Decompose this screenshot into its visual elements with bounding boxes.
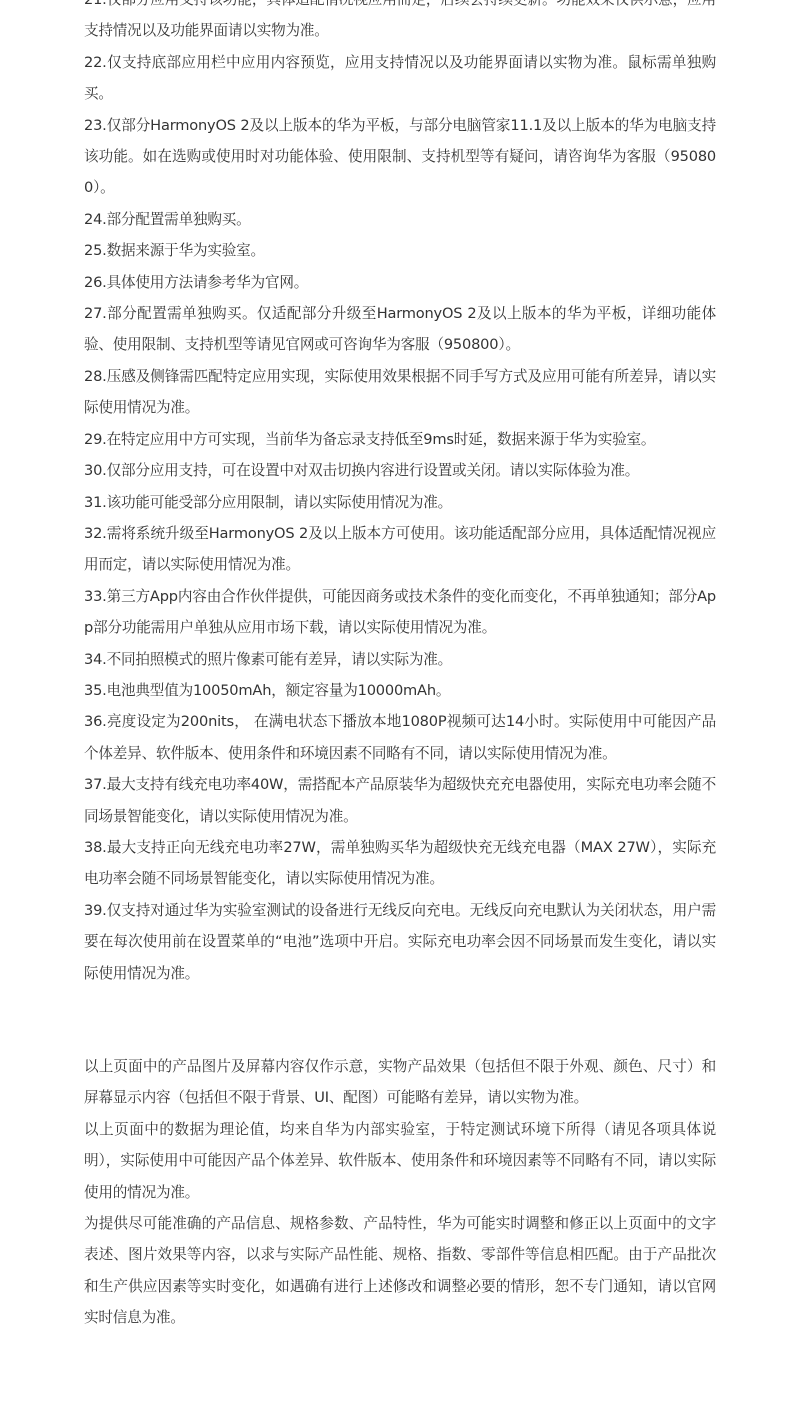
footnote-37: 37.最大支持有线充电功率40W，需搭配本产品原装华为超级快充充电器使用，实际充… bbox=[84, 769, 716, 832]
footnote-25: 25.数据来源于华为实验室。 bbox=[84, 235, 716, 266]
footnote-36: 36.亮度设定为200nits， 在满电状态下播放本地1080P视频可达14小时… bbox=[84, 706, 716, 769]
disclaimer-updates: 为提供尽可能准确的产品信息、规格参数、产品特性，华为可能实时调整和修正以上页面中… bbox=[84, 1208, 716, 1334]
footnote-23: 23.仅部分HarmonyOS 2及以上版本的华为平板，与部分电脑管家11.1及… bbox=[84, 110, 716, 204]
footnote-39: 39.仅支持对通过华为实验室测试的设备进行无线反向充电。无线反向充电默认为关闭状… bbox=[84, 895, 716, 989]
footnote-34: 34.不同拍照模式的照片像素可能有差异，请以实际为准。 bbox=[84, 644, 716, 675]
disclaimer-data: 以上页面中的数据为理论值，均来自华为内部实验室，于特定测试环境下所得（请见各项具… bbox=[84, 1114, 716, 1208]
disclaimer-list: 以上页面中的产品图片及屏幕内容仅作示意，实物产品效果（包括但不限于外观、颜色、尺… bbox=[84, 1051, 716, 1334]
footnote-32: 32.需将系统升级至HarmonyOS 2及以上版本方可使用。该功能适配部分应用… bbox=[84, 518, 716, 581]
footnote-30: 30.仅部分应用支持，可在设置中对双击切换内容进行设置或关闭。请以实际体验为准。 bbox=[84, 455, 716, 486]
footnote-28: 28.压感及侧锋需匹配特定应用实现，实际使用效果根据不同手写方式及应用可能有所差… bbox=[84, 361, 716, 424]
footnote-22: 22.仅支持底部应用栏中应用内容预览，应用支持情况以及功能界面请以实物为准。鼠标… bbox=[84, 47, 716, 110]
footnote-35: 35.电池典型值为10050mAh，额定容量为10000mAh。 bbox=[84, 675, 716, 706]
footnote-24: 24.部分配置需单独购买。 bbox=[84, 204, 716, 235]
section-spacer bbox=[84, 989, 716, 1051]
footnote-38: 38.最大支持正向无线充电功率27W，需单独购买华为超级快充无线充电器（MAX … bbox=[84, 832, 716, 895]
footnotes-document: 21.仅部分应用支持该功能，具体适配情况视应用而定，后续会持续更新。功能效果仅供… bbox=[84, 0, 716, 1334]
footnote-27: 27.部分配置需单独购买。仅适配部分升级至HarmonyOS 2及以上版本的华为… bbox=[84, 298, 716, 361]
footnote-21: 21.仅部分应用支持该功能，具体适配情况视应用而定，后续会持续更新。功能效果仅供… bbox=[84, 0, 716, 47]
footnote-list: 21.仅部分应用支持该功能，具体适配情况视应用而定，后续会持续更新。功能效果仅供… bbox=[84, 0, 716, 989]
footnote-26: 26.具体使用方法请参考华为官网。 bbox=[84, 267, 716, 298]
footnote-29: 29.在特定应用中方可实现，当前华为备忘录支持低至9ms时延，数据来源于华为实验… bbox=[84, 424, 716, 455]
footnote-31: 31.该功能可能受部分应用限制，请以实际使用情况为准。 bbox=[84, 487, 716, 518]
footnote-33: 33.第三方App内容由合作伙伴提供，可能因商务或技术条件的变化而变化，不再单独… bbox=[84, 581, 716, 644]
disclaimer-images: 以上页面中的产品图片及屏幕内容仅作示意，实物产品效果（包括但不限于外观、颜色、尺… bbox=[84, 1051, 716, 1114]
